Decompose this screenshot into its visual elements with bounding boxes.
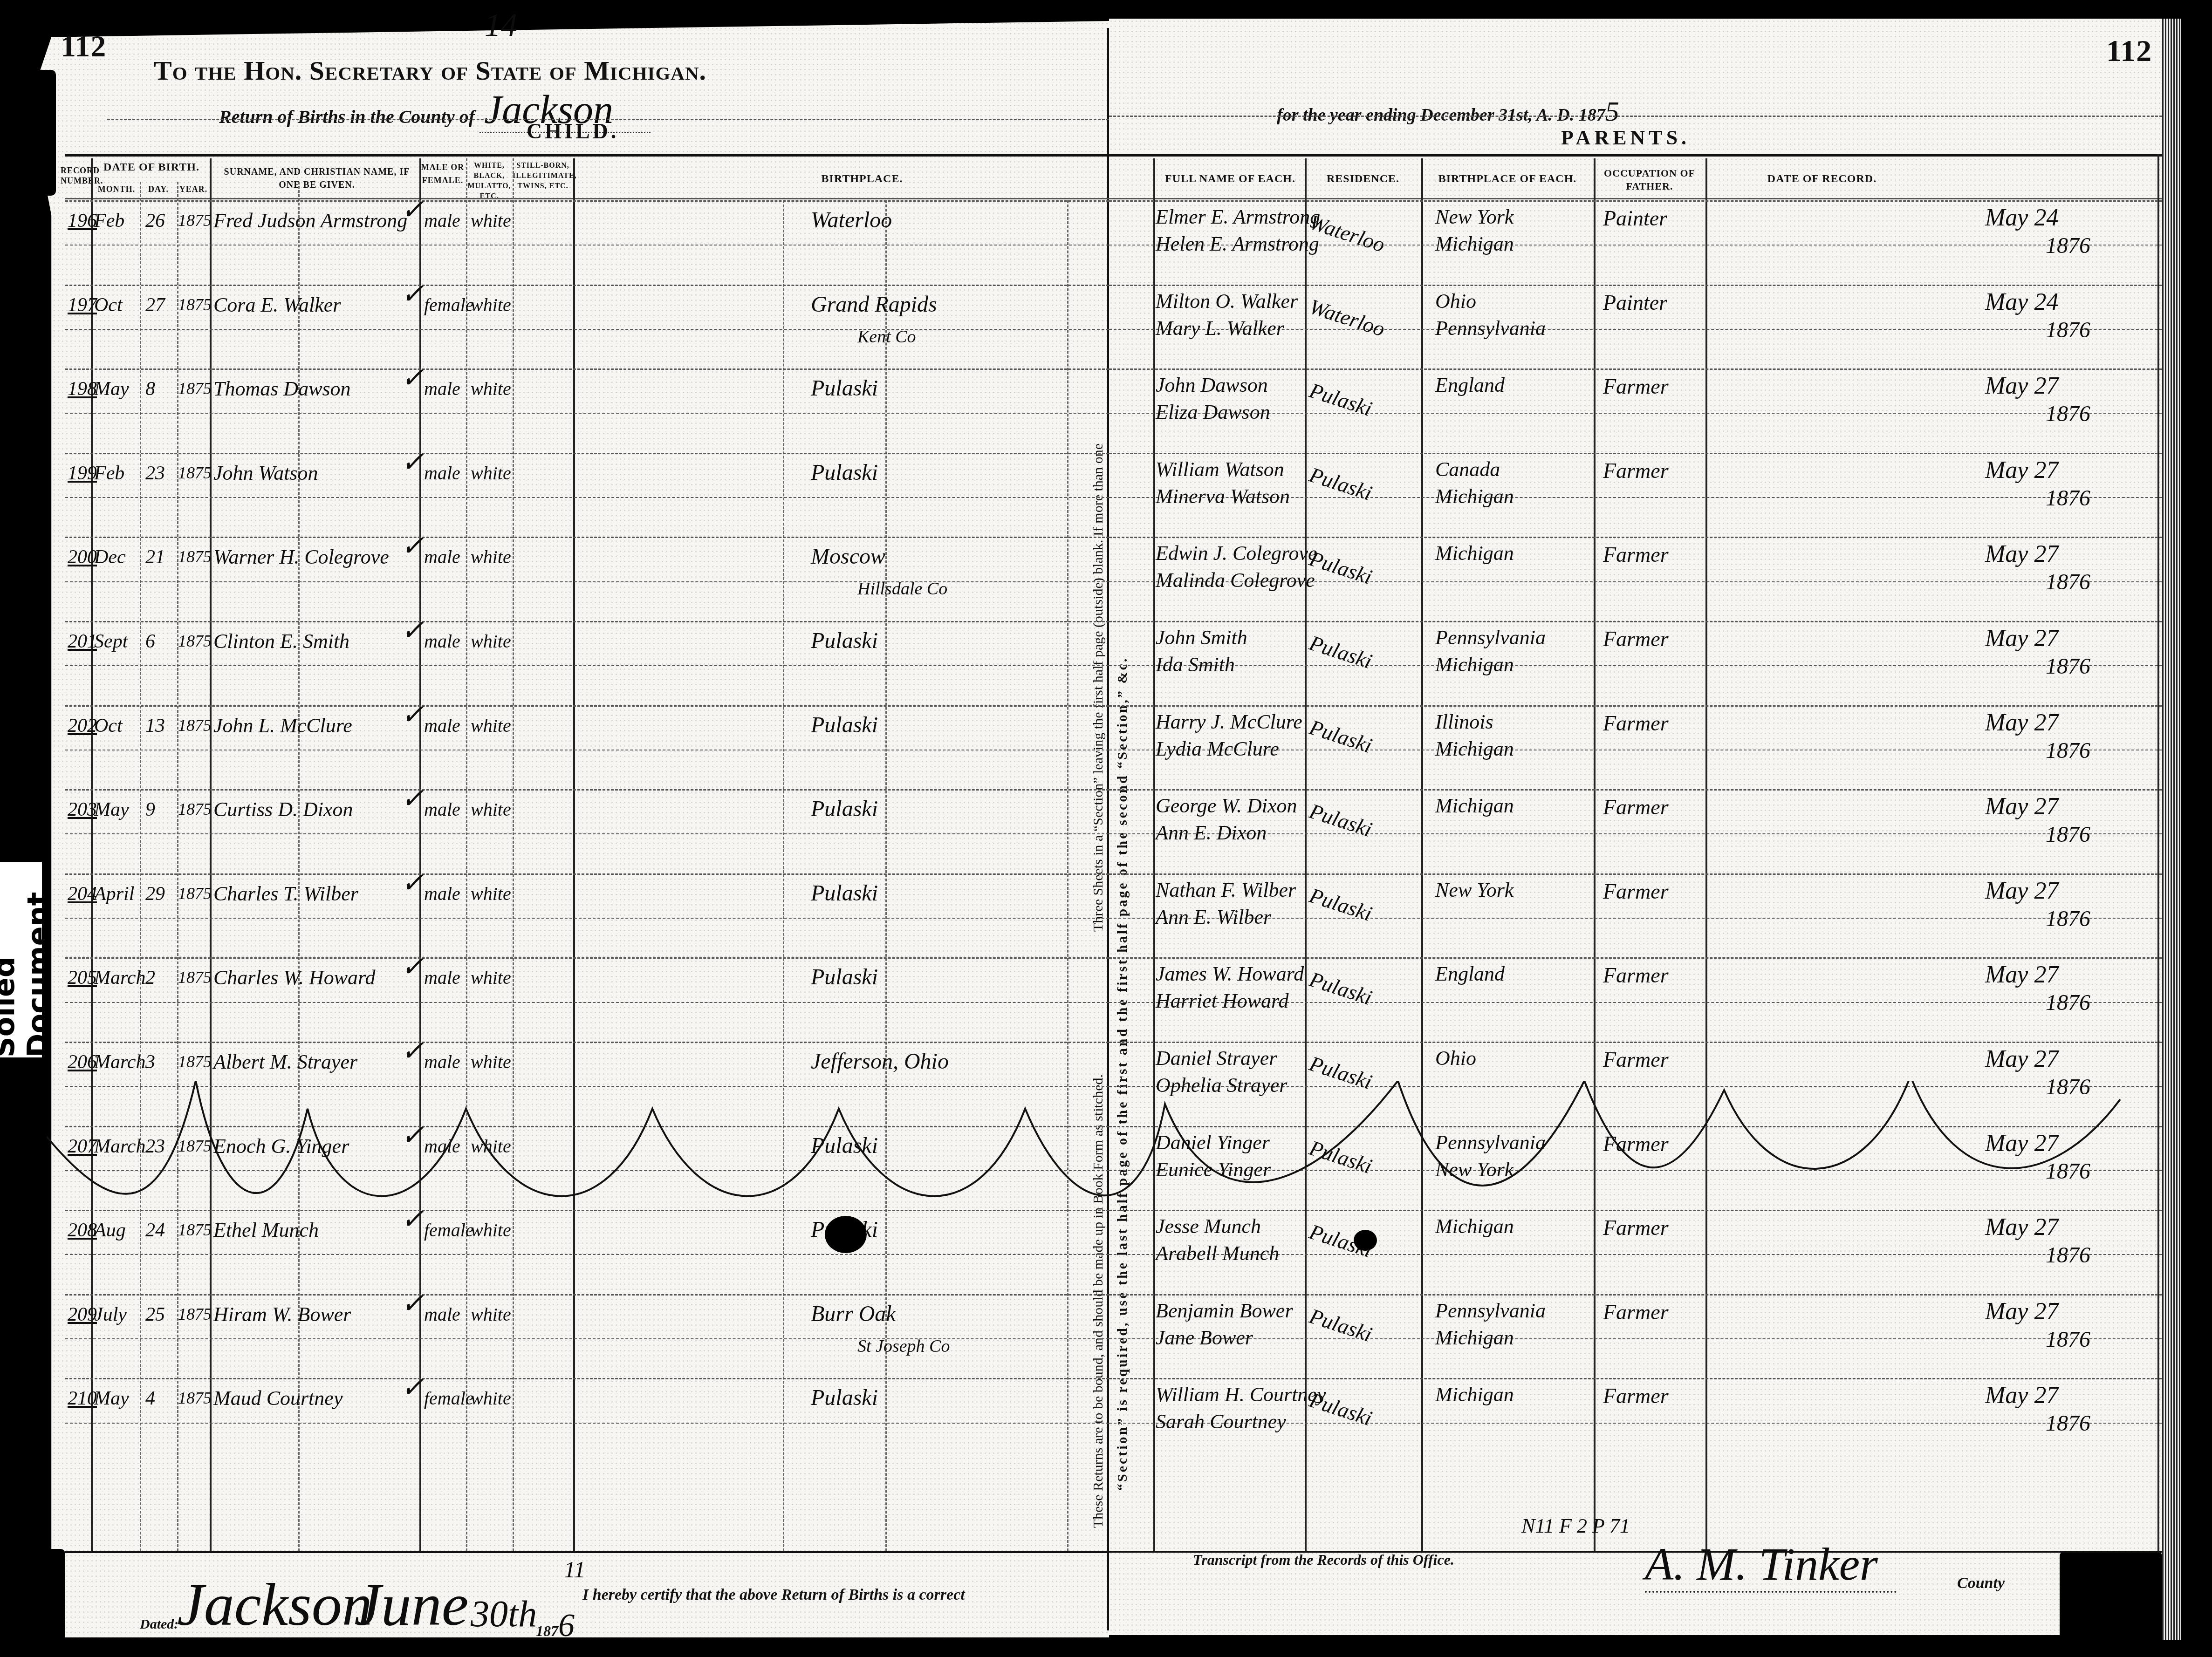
mother-name: Arabell Munch	[1156, 1241, 1279, 1265]
section-label-parents: PARENTS.	[1561, 126, 1690, 150]
row-rule	[65, 1378, 1109, 1379]
strike-through-loops-icon	[47, 1081, 2167, 1230]
child-sex: male	[424, 546, 460, 568]
birth-year: 1875	[178, 547, 212, 566]
parents-record-row: Milton O. Walker Mary L. Walker Waterloo…	[1109, 285, 2162, 373]
margin-note: 11	[564, 1556, 585, 1583]
father-birthplace: Pennsylvania	[1435, 1299, 1546, 1323]
dated-year-prefix: 187	[536, 1623, 558, 1639]
mother-name: Ann E. Wilber	[1156, 905, 1271, 929]
birth-month: Feb	[94, 462, 124, 484]
birth-month: Oct	[94, 715, 123, 737]
row-subrule	[65, 1254, 1109, 1255]
father-occupation: Painter	[1603, 290, 1667, 315]
child-record-row: 204 April 29 1875 Charles T. Wilber ✓ ma…	[65, 873, 1109, 962]
col-surname: Surname, and Christian name, if one be g…	[214, 165, 419, 191]
mother-birthplace: Pennsylvania	[1435, 316, 1546, 340]
row-rule	[1109, 957, 2162, 959]
child-name: Maud Courtney	[213, 1386, 342, 1410]
col-month: Month.	[93, 183, 140, 196]
record-year: 1876	[2046, 569, 2090, 595]
ink-blot	[825, 1216, 867, 1253]
table-bottom-rule-left	[65, 1551, 1109, 1553]
mother-name: Minerva Watson	[1156, 484, 1290, 508]
record-date: May 27	[1985, 372, 2058, 400]
corner-tab-bottom-right	[2060, 1551, 2162, 1644]
record-year: 1876	[2046, 906, 2090, 932]
birth-day: 23	[145, 462, 165, 484]
child-sex: female	[424, 1387, 474, 1409]
row-rule	[65, 285, 1109, 286]
record-number: 210	[68, 1387, 97, 1410]
page-edge-stack	[2162, 19, 2181, 1640]
county-prefix: Return of Births in the County of	[219, 106, 475, 127]
parents-record-row: James W. Howard Harriet Howard Pulaski E…	[1109, 957, 2162, 1046]
dated-day: 30th	[471, 1593, 537, 1636]
col-date-of-birth: Date of Birth.	[93, 161, 210, 174]
checkmark-icon: ✓	[401, 950, 424, 983]
top-annotation: 14	[485, 7, 517, 44]
header-bottom-rule-left	[65, 198, 1109, 199]
record-number: 197	[68, 294, 97, 316]
child-color: white	[471, 462, 511, 484]
mother-name: Harriet Howard	[1156, 989, 1289, 1013]
birth-year: 1875	[178, 463, 212, 483]
child-birthplace: Moscow	[811, 544, 885, 569]
year-ending-suffix: 5	[1605, 96, 1619, 127]
year-ending-label: for the year ending December 31st, A. D.…	[1277, 95, 1619, 128]
row-subrule	[65, 245, 1109, 245]
page-number-left: 112	[61, 29, 106, 64]
child-record-row: 198 May 8 1875 Thomas Dawson ✓ male whit…	[65, 368, 1109, 457]
child-record-row: 202 Oct 13 1875 John L. McClure ✓ male w…	[65, 705, 1109, 794]
col-color: White, Black, Mulatto, Etc.	[466, 161, 513, 202]
child-sex: male	[424, 967, 460, 989]
father-name: James W. Howard	[1156, 962, 1304, 986]
row-subrule	[65, 1002, 1109, 1003]
birth-day: 2	[145, 967, 155, 989]
father-occupation: Farmer	[1603, 1300, 1669, 1324]
child-name: Charles T. Wilber	[213, 882, 358, 906]
parents-record-row: George W. Dixon Ann E. Dixon Pulaski Mic…	[1109, 789, 2162, 878]
row-rule	[65, 621, 1109, 622]
father-birthplace: Michigan	[1435, 541, 1514, 565]
row-rule	[1109, 368, 2162, 370]
father-occupation: Farmer	[1603, 458, 1669, 483]
col-parent-birthplace: Birthplace of Each.	[1421, 172, 1594, 185]
record-date: May 24	[1985, 204, 2058, 232]
soiled-document-label: Soiled Document	[0, 862, 42, 1057]
parents-record-row: Benjamin Bower Jane Bower Pulaski Pennsy…	[1109, 1294, 2162, 1383]
birth-day: 27	[145, 294, 165, 316]
row-rule	[1109, 621, 2162, 622]
birth-day: 29	[145, 883, 165, 905]
parents-record-row: John Smith Ida Smith Pulaski Pennsylvani…	[1109, 621, 2162, 709]
row-rule	[1109, 285, 2162, 286]
mother-birthplace: Michigan	[1435, 232, 1514, 256]
row-rule	[65, 957, 1109, 959]
checkmark-icon: ✓	[401, 866, 424, 899]
mother-birthplace: Michigan	[1435, 737, 1514, 761]
residence: Pulaski	[1307, 1387, 1376, 1431]
col-birthplace: Birthplace.	[746, 172, 979, 185]
birth-month: Oct	[94, 294, 123, 316]
child-sex: male	[424, 798, 460, 820]
county-footer-label: County	[1957, 1575, 2005, 1592]
col-day: Day.	[140, 183, 177, 196]
residence: Pulaski	[1307, 630, 1376, 674]
father-name: Harry J. McClure	[1156, 710, 1302, 734]
record-date: May 27	[1985, 540, 2058, 568]
row-subrule	[1109, 665, 2162, 666]
father-name: John Smith	[1156, 626, 1247, 649]
dated-month: June	[354, 1570, 468, 1640]
father-name: William Watson	[1156, 457, 1284, 481]
record-date: May 27	[1985, 709, 2058, 736]
col-residence: Residence.	[1305, 172, 1421, 185]
mother-name: Lydia McClure	[1156, 737, 1279, 761]
row-subrule	[65, 833, 1109, 834]
row-subrule	[65, 1338, 1109, 1339]
birth-day: 3	[145, 1051, 155, 1073]
father-occupation: Farmer	[1603, 795, 1669, 819]
record-year: 1876	[2046, 317, 2090, 343]
record-number: 202	[68, 715, 97, 737]
child-name: Charles W. Howard	[213, 966, 376, 989]
row-rule	[1109, 453, 2162, 454]
child-birthplace: Pulaski	[811, 375, 878, 401]
dated-place: Jackson	[177, 1570, 372, 1640]
col-occupation: Occupation of Father.	[1598, 167, 1701, 193]
birth-month: Dec	[94, 546, 126, 568]
record-number: 203	[68, 798, 97, 821]
birth-year: 1875	[178, 631, 212, 651]
child-birthplace: Pulaski	[811, 964, 878, 990]
child-birthplace: Pulaski	[811, 712, 878, 738]
child-sex: male	[424, 378, 460, 400]
checkmark-icon: ✓	[401, 1035, 424, 1067]
row-rule	[65, 1042, 1109, 1043]
birth-day: 4	[145, 1387, 155, 1410]
child-name: John L. McClure	[213, 714, 352, 737]
record-number: 199	[68, 462, 97, 484]
row-rule	[65, 368, 1109, 370]
section-label-child: CHILD.	[527, 119, 619, 143]
record-year: 1876	[2046, 401, 2090, 427]
child-record-row: 210 May 4 1875 Maud Courtney ✓ female wh…	[65, 1378, 1109, 1466]
birth-month: March	[94, 1051, 145, 1073]
child-color: white	[471, 1051, 511, 1073]
birth-day: 21	[145, 546, 165, 568]
record-year: 1876	[2046, 990, 2090, 1016]
col-record-number: Record Number.	[61, 165, 93, 186]
col-full-name: Full Name of Each.	[1156, 172, 1305, 185]
row-subrule	[65, 497, 1109, 498]
child-birthplace: Pulaski	[811, 628, 878, 654]
father-birthplace: Michigan	[1435, 1383, 1514, 1406]
transcript-text: Transcript from the Records of this Offi…	[1193, 1551, 1454, 1568]
row-subrule	[65, 329, 1109, 330]
child-name: Cora E. Walker	[213, 293, 341, 317]
mother-birthplace: Michigan	[1435, 1326, 1514, 1350]
child-birthplace: Pulaski	[811, 1385, 878, 1411]
col-date-of-record: Date of Record.	[1724, 172, 1920, 185]
birth-month: Feb	[94, 210, 124, 232]
birth-year: 1875	[178, 968, 212, 987]
child-record-row: 203 May 9 1875 Curtiss D. Dixon ✓ male w…	[65, 789, 1109, 878]
birth-year: 1875	[178, 1304, 212, 1324]
father-name: George W. Dixon	[1156, 794, 1297, 818]
child-name: Fred Judson Armstrong	[213, 209, 407, 232]
child-sex: male	[424, 210, 460, 232]
row-rule	[1109, 200, 2162, 202]
birth-day: 6	[145, 630, 155, 653]
record-year: 1876	[2046, 1411, 2090, 1436]
father-birthplace: Michigan	[1435, 794, 1514, 818]
child-sex: male	[424, 1303, 460, 1325]
col-sex: Male or Female.	[419, 161, 466, 187]
father-occupation: Farmer	[1603, 542, 1669, 567]
child-name: Thomas Dawson	[213, 377, 351, 401]
record-date: May 24	[1985, 288, 2058, 316]
child-name: Albert M. Strayer	[213, 1050, 357, 1074]
birth-year: 1875	[178, 295, 212, 314]
row-rule	[65, 200, 1109, 202]
parents-record-row: John Dawson Eliza Dawson Pulaski England…	[1109, 368, 2162, 457]
row-rule	[1109, 537, 2162, 538]
child-color: white	[471, 883, 511, 905]
residence: Pulaski	[1307, 967, 1376, 1010]
child-birthplace-county: Kent Co	[857, 327, 916, 347]
table-top-rule-left	[65, 154, 1109, 157]
father-birthplace: New York	[1435, 205, 1513, 229]
birth-month: July	[94, 1303, 127, 1326]
child-sex: male	[424, 715, 460, 736]
child-record-row: 205 March 2 1875 Charles W. Howard ✓ mal…	[65, 957, 1109, 1046]
mother-name: Ida Smith	[1156, 653, 1235, 676]
father-name: John Dawson	[1156, 373, 1268, 397]
birth-month: Sept	[94, 630, 128, 653]
father-name: Elmer E. Armstrong	[1156, 205, 1320, 229]
record-number: 196	[68, 210, 97, 232]
residence: Pulaski	[1307, 546, 1376, 589]
mother-name: Jane Bower	[1156, 1326, 1253, 1350]
birth-month: April	[94, 883, 134, 905]
child-color: white	[471, 798, 511, 820]
row-subrule	[1109, 833, 2162, 834]
birth-day: 8	[145, 378, 155, 400]
col-status: Still-born, Illegitimate, Twins, Etc.	[513, 161, 573, 191]
child-sex: male	[424, 630, 460, 652]
checkmark-icon: ✓	[401, 1287, 424, 1320]
row-subrule	[65, 665, 1109, 666]
record-number: 204	[68, 883, 97, 905]
row-rule	[65, 537, 1109, 538]
child-record-row: 209 July 25 1875 Hiram W. Bower ✓ male w…	[65, 1294, 1109, 1383]
document-title: To the Hon. Secretary of State of Michig…	[154, 55, 706, 86]
mother-name: Eliza Dawson	[1156, 400, 1270, 424]
father-occupation: Farmer	[1603, 963, 1669, 988]
mother-name: Malinda Colegrove	[1156, 568, 1315, 592]
row-rule	[1109, 1294, 2162, 1296]
father-birthplace: Canada	[1435, 457, 1500, 481]
father-occupation: Painter	[1603, 206, 1667, 231]
father-birthplace: England	[1435, 962, 1505, 986]
residence: Waterloo	[1307, 294, 1388, 341]
child-record-row: 200 Dec 21 1875 Warner H. Colegrove ✓ ma…	[65, 537, 1109, 625]
birth-month: May	[94, 1387, 129, 1410]
residence: Pulaski	[1307, 883, 1376, 926]
row-subrule	[65, 750, 1109, 750]
parents-record-row: Nathan F. Wilber Ann E. Wilber Pulaski N…	[1109, 873, 2162, 962]
row-rule	[65, 1294, 1109, 1296]
birth-month: March	[94, 967, 145, 989]
row-rule	[1109, 705, 2162, 707]
row-rule	[1109, 873, 2162, 875]
row-rule	[65, 453, 1109, 454]
row-rule	[1109, 789, 2162, 791]
birth-year: 1875	[178, 884, 212, 903]
record-year: 1876	[2046, 822, 2090, 847]
child-name: Hiram W. Bower	[213, 1302, 351, 1326]
checkmark-icon: ✓	[401, 530, 424, 562]
child-color: white	[471, 715, 511, 736]
child-birthplace: Jefferson, Ohio	[811, 1049, 949, 1074]
child-color: white	[471, 210, 511, 232]
ink-blot	[1354, 1230, 1377, 1251]
mother-name: Helen E. Armstrong	[1156, 232, 1319, 256]
father-birthplace: New York	[1435, 878, 1513, 902]
record-number: 209	[68, 1303, 97, 1326]
mother-name: Mary L. Walker	[1156, 316, 1284, 340]
child-birthplace-county: St Joseph Co	[857, 1336, 950, 1357]
father-name: Daniel Strayer	[1156, 1046, 1277, 1070]
row-subrule	[65, 581, 1109, 582]
child-color: white	[471, 1387, 511, 1409]
child-name: John Watson	[213, 461, 318, 485]
record-year: 1876	[2046, 654, 2090, 679]
child-birthplace: Burr Oak	[811, 1301, 896, 1327]
row-subrule	[1109, 1338, 2162, 1339]
child-record-row: 201 Sept 6 1875 Clinton E. Smith ✓ male …	[65, 621, 1109, 709]
child-record-row: 197 Oct 27 1875 Cora E. Walker ✓ female …	[65, 285, 1109, 373]
birth-year: 1875	[178, 1052, 212, 1071]
row-rule	[65, 873, 1109, 875]
child-color: white	[471, 1303, 511, 1325]
child-birthplace: Grand Rapids	[811, 292, 937, 317]
father-occupation: Farmer	[1603, 711, 1669, 736]
child-name: Clinton E. Smith	[213, 629, 349, 653]
birth-month: May	[94, 798, 129, 821]
col-year: Year.	[177, 183, 210, 196]
checkmark-icon: ✓	[401, 361, 424, 394]
father-occupation: Farmer	[1603, 627, 1669, 651]
record-date: May 27	[1985, 625, 2058, 652]
dated-label: Dated:	[140, 1616, 178, 1632]
birth-year: 1875	[178, 1388, 212, 1408]
record-date: May 27	[1985, 1298, 2058, 1325]
table-top-rule-right	[1109, 154, 2162, 157]
row-subrule	[65, 918, 1109, 919]
stamp-number: N11 F 2 P 71	[1521, 1514, 1630, 1538]
father-birthplace: Ohio	[1435, 289, 1476, 313]
father-name: Nathan F. Wilber	[1156, 878, 1296, 902]
birth-day: 13	[145, 715, 165, 737]
child-sex: male	[424, 883, 460, 905]
checkmark-icon: ✓	[401, 614, 424, 647]
parents-record-row: William H. Courtney Sarah Courtney Pulas…	[1109, 1378, 2162, 1466]
residence: Pulaski	[1307, 378, 1376, 421]
row-subrule	[65, 1423, 1109, 1424]
record-year: 1876	[2046, 233, 2090, 259]
child-birthplace: Waterloo	[811, 207, 892, 233]
child-birthplace-county: Hillsdale Co	[857, 579, 947, 599]
father-birthplace: England	[1435, 373, 1505, 397]
record-date: May 27	[1985, 793, 2058, 820]
birth-year: 1875	[178, 799, 212, 819]
row-rule	[65, 705, 1109, 707]
child-birthplace: Pulaski	[811, 880, 878, 906]
checkmark-icon: ✓	[401, 278, 424, 310]
mother-name: Sarah Courtney	[1156, 1410, 1286, 1433]
father-name: Benjamin Bower	[1156, 1299, 1293, 1323]
header-rule-right	[1109, 116, 2162, 117]
child-color: white	[471, 378, 511, 400]
corner-tab-top-left	[0, 70, 56, 196]
record-year: 1876	[2046, 1327, 2090, 1352]
child-name: Curtiss D. Dixon	[213, 798, 353, 821]
record-year: 1876	[2046, 738, 2090, 764]
record-number: 198	[68, 378, 97, 400]
record-number: 205	[68, 967, 97, 989]
parents-record-row: Elmer E. Armstrong Helen E. Armstrong Wa…	[1109, 200, 2162, 289]
record-date: May 27	[1985, 457, 2058, 484]
row-rule	[1109, 1042, 2162, 1043]
father-occupation: Farmer	[1603, 1047, 1669, 1072]
page-number-right: 112	[2106, 34, 2152, 69]
child-sex: female	[424, 294, 474, 316]
child-birthplace: Pulaski	[811, 796, 878, 822]
father-birthplace: Ohio	[1435, 1046, 1476, 1070]
parents-record-row: Harry J. McClure Lydia McClure Pulaski I…	[1109, 705, 2162, 794]
father-occupation: Farmer	[1603, 374, 1669, 399]
father-name: Edwin J. Colegrove	[1156, 541, 1317, 565]
birth-month: May	[94, 378, 129, 400]
child-name: Warner H. Colegrove	[213, 545, 389, 569]
child-sex: male	[424, 1051, 460, 1073]
residence: Pulaski	[1307, 798, 1376, 842]
header-bottom-rule-right	[1109, 198, 2162, 199]
child-record-row: 196 Feb 26 1875 Fred Judson Armstrong ✓ …	[65, 200, 1109, 289]
checkmark-icon: ✓	[401, 193, 424, 226]
birth-day: 26	[145, 210, 165, 232]
child-color: white	[471, 967, 511, 989]
record-year: 1876	[2046, 485, 2090, 511]
record-date: May 27	[1985, 1382, 2058, 1409]
father-occupation: Farmer	[1603, 1384, 1669, 1408]
child-color: white	[471, 630, 511, 652]
row-rule	[65, 789, 1109, 791]
father-birthplace: Illinois	[1435, 710, 1493, 734]
mother-name: Ann E. Dixon	[1156, 821, 1267, 845]
row-subrule	[65, 413, 1109, 414]
residence: Pulaski	[1307, 715, 1376, 758]
child-birthplace: Pulaski	[811, 460, 878, 485]
record-number: 206	[68, 1051, 97, 1073]
child-record-row: 199 Feb 23 1875 John Watson ✓ male white…	[65, 453, 1109, 541]
record-date: May 27	[1985, 961, 2058, 989]
record-number: 201	[68, 630, 97, 653]
